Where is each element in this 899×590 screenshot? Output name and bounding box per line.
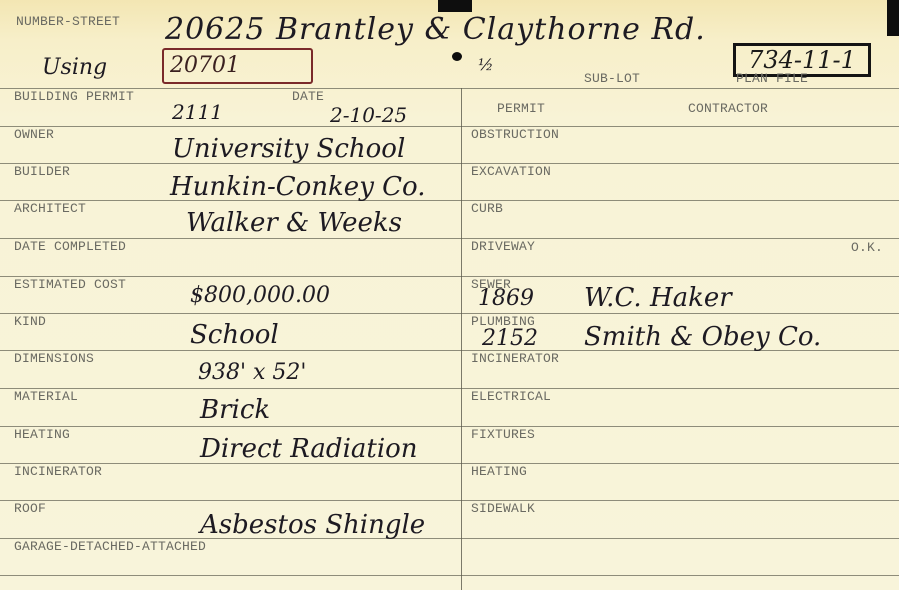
contractor-column-header: CONTRACTOR <box>688 101 768 116</box>
curb-label: CURB <box>471 201 503 216</box>
permit-card: NUMBER-STREET 20625 Brantley & Claythorn… <box>0 0 899 590</box>
date-value: 2-10-25 <box>330 103 407 127</box>
roof-label: ROOF <box>14 501 46 516</box>
estimated-cost-label: ESTIMATED COST <box>14 277 126 292</box>
heating-label: HEATING <box>14 427 70 442</box>
ink-spot <box>452 52 462 61</box>
address-value: 20625 Brantley & Claythorne Rd. <box>165 12 706 47</box>
sewer-permit-value: 1869 <box>478 286 534 311</box>
card-edge-shadow <box>887 0 899 36</box>
excavation-label: EXCAVATION <box>471 164 551 179</box>
using-number: 20701 <box>162 48 313 84</box>
electrical-label: ELECTRICAL <box>471 389 551 404</box>
architect-label: ARCHITECT <box>14 201 86 216</box>
driveway-label: DRIVEWAY <box>471 239 535 254</box>
date-completed-label: DATE COMPLETED <box>14 239 126 254</box>
permit-column-header: PERMIT <box>497 101 545 116</box>
dimensions-label: DIMENSIONS <box>14 351 94 366</box>
obstruction-label: OBSTRUCTION <box>471 127 559 142</box>
material-value: Brick <box>200 395 270 425</box>
kind-label: KIND <box>14 314 46 329</box>
dimensions-value: 938' x 52' <box>198 360 306 385</box>
driveway-note: O.K. <box>851 240 883 255</box>
sidewalk-label: SIDEWALK <box>471 501 535 516</box>
column-divider <box>461 88 462 590</box>
fixtures-label: FIXTURES <box>471 427 535 442</box>
plumbing-contractor-value: Smith & Obey Co. <box>584 322 821 352</box>
builder-label: BUILDER <box>14 164 70 179</box>
garage-label: GARAGE-DETACHED-ATTACHED <box>14 539 206 554</box>
date-label: DATE <box>292 89 324 104</box>
building-permit-value: 2111 <box>172 100 223 124</box>
plumbing-permit-value: 2152 <box>482 326 538 351</box>
sewer-contractor-value: W.C. Haker <box>584 283 732 313</box>
architect-value: Walker & Weeks <box>186 208 402 238</box>
plan-file-label: PLAN FILE <box>736 71 808 86</box>
sub-lot-label: SUB-LOT <box>584 71 640 86</box>
building-permit-label: BUILDING PERMIT <box>14 89 134 104</box>
owner-label: OWNER <box>14 127 54 142</box>
ink-blot <box>438 0 472 12</box>
using-note: Using <box>42 55 107 80</box>
heating-permit-label: HEATING <box>471 464 527 479</box>
owner-value: University School <box>172 134 405 164</box>
estimated-cost-value: $800,000.00 <box>190 283 330 308</box>
roof-value: Asbestos Shingle <box>200 510 425 540</box>
number-street-label: NUMBER-STREET <box>16 14 120 29</box>
incinerator-permit-label: INCINERATOR <box>471 351 559 366</box>
material-label: MATERIAL <box>14 389 78 404</box>
heating-value: Direct Radiation <box>200 434 418 464</box>
lot-fragment: ½ <box>478 55 494 74</box>
incinerator-label: INCINERATOR <box>14 464 102 479</box>
builder-value: Hunkin-Conkey Co. <box>170 172 426 202</box>
kind-value: School <box>190 320 279 350</box>
